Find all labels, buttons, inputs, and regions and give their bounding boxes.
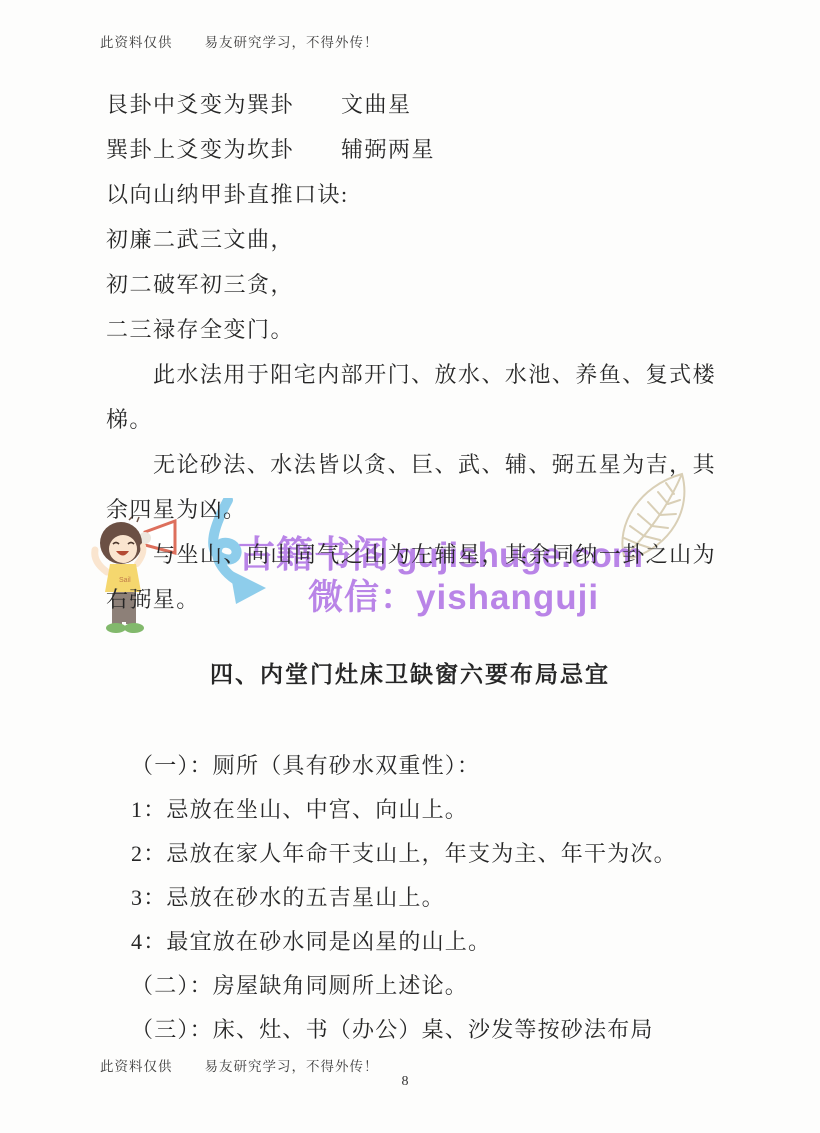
verse-line: 巽卦上爻变为坎卦 辅弼两星 [106,127,435,172]
rule-item: 4：最宜放在砂水同是凶星的山上。 [131,920,677,964]
paragraph-block: 此水法用于阳宅内部开门、放水、水池、养鱼、复式楼梯。 无论砂法、水法皆以贪、巨、… [106,352,716,622]
rule-item: （三）：床、灶、书（办公）桌、沙发等按砂法布局 [131,1008,677,1052]
rule-item: 1：忌放在坐山、中宫、向山上。 [131,788,677,832]
paragraph: 此水法用于阳宅内部开门、放水、水池、养鱼、复式楼梯。 [106,352,716,442]
header-notice-prefix: 此资料仅供 [100,35,173,50]
header-notice: 此资料仅供易友研究学习，不得外传！ [100,31,379,51]
rule-item: 3：忌放在砂水的五吉星山上。 [131,876,677,920]
paragraph: 无论砂法、水法皆以贪、巨、武、辅、弼五星为吉，其余四星为凶。 [106,442,716,532]
verse-block: 艮卦中爻变为巽卦 文曲星 巽卦上爻变为坎卦 辅弼两星 以向山纳甲卦直推口诀: 初… [106,82,435,352]
rule-item: （二）：房屋缺角同厕所上述论。 [131,964,677,1008]
verse-line: 初廉二武三文曲， [106,217,435,262]
footer-notice-prefix: 此资料仅供 [100,1059,173,1074]
scanned-document-page: Sail 古籍书阁gujishuge.com 微 [0,0,820,1133]
verse-line: 初二破军初三贪， [106,262,435,307]
rule-item: 2：忌放在家人年命干支山上，年支为主、年干为次。 [131,832,677,876]
verse-line: 艮卦中爻变为巽卦 文曲星 [106,82,435,127]
header-notice-main: 易友研究学习，不得外传！ [205,35,379,50]
page-number: 8 [0,1074,810,1090]
verse-line: 二三禄存全变门。 [106,307,435,352]
paragraph: 与坐山、向山同气之山为左辅星，其余同纳一卦之山为右弼星。 [106,532,716,622]
rules-list: （一）：厕所（具有砂水双重性）： 1：忌放在坐山、中宫、向山上。 2：忌放在家人… [131,744,677,1052]
section-heading: 四、内堂门灶床卫缺窗六要布局忌宜 [0,652,820,697]
footer-notice-main: 易友研究学习，不得外传！ [205,1059,379,1074]
footer-notice: 此资料仅供易友研究学习，不得外传！ [100,1055,379,1075]
rule-item: （一）：厕所（具有砂水双重性）： [131,744,677,788]
verse-line: 以向山纳甲卦直推口诀: [106,172,435,217]
